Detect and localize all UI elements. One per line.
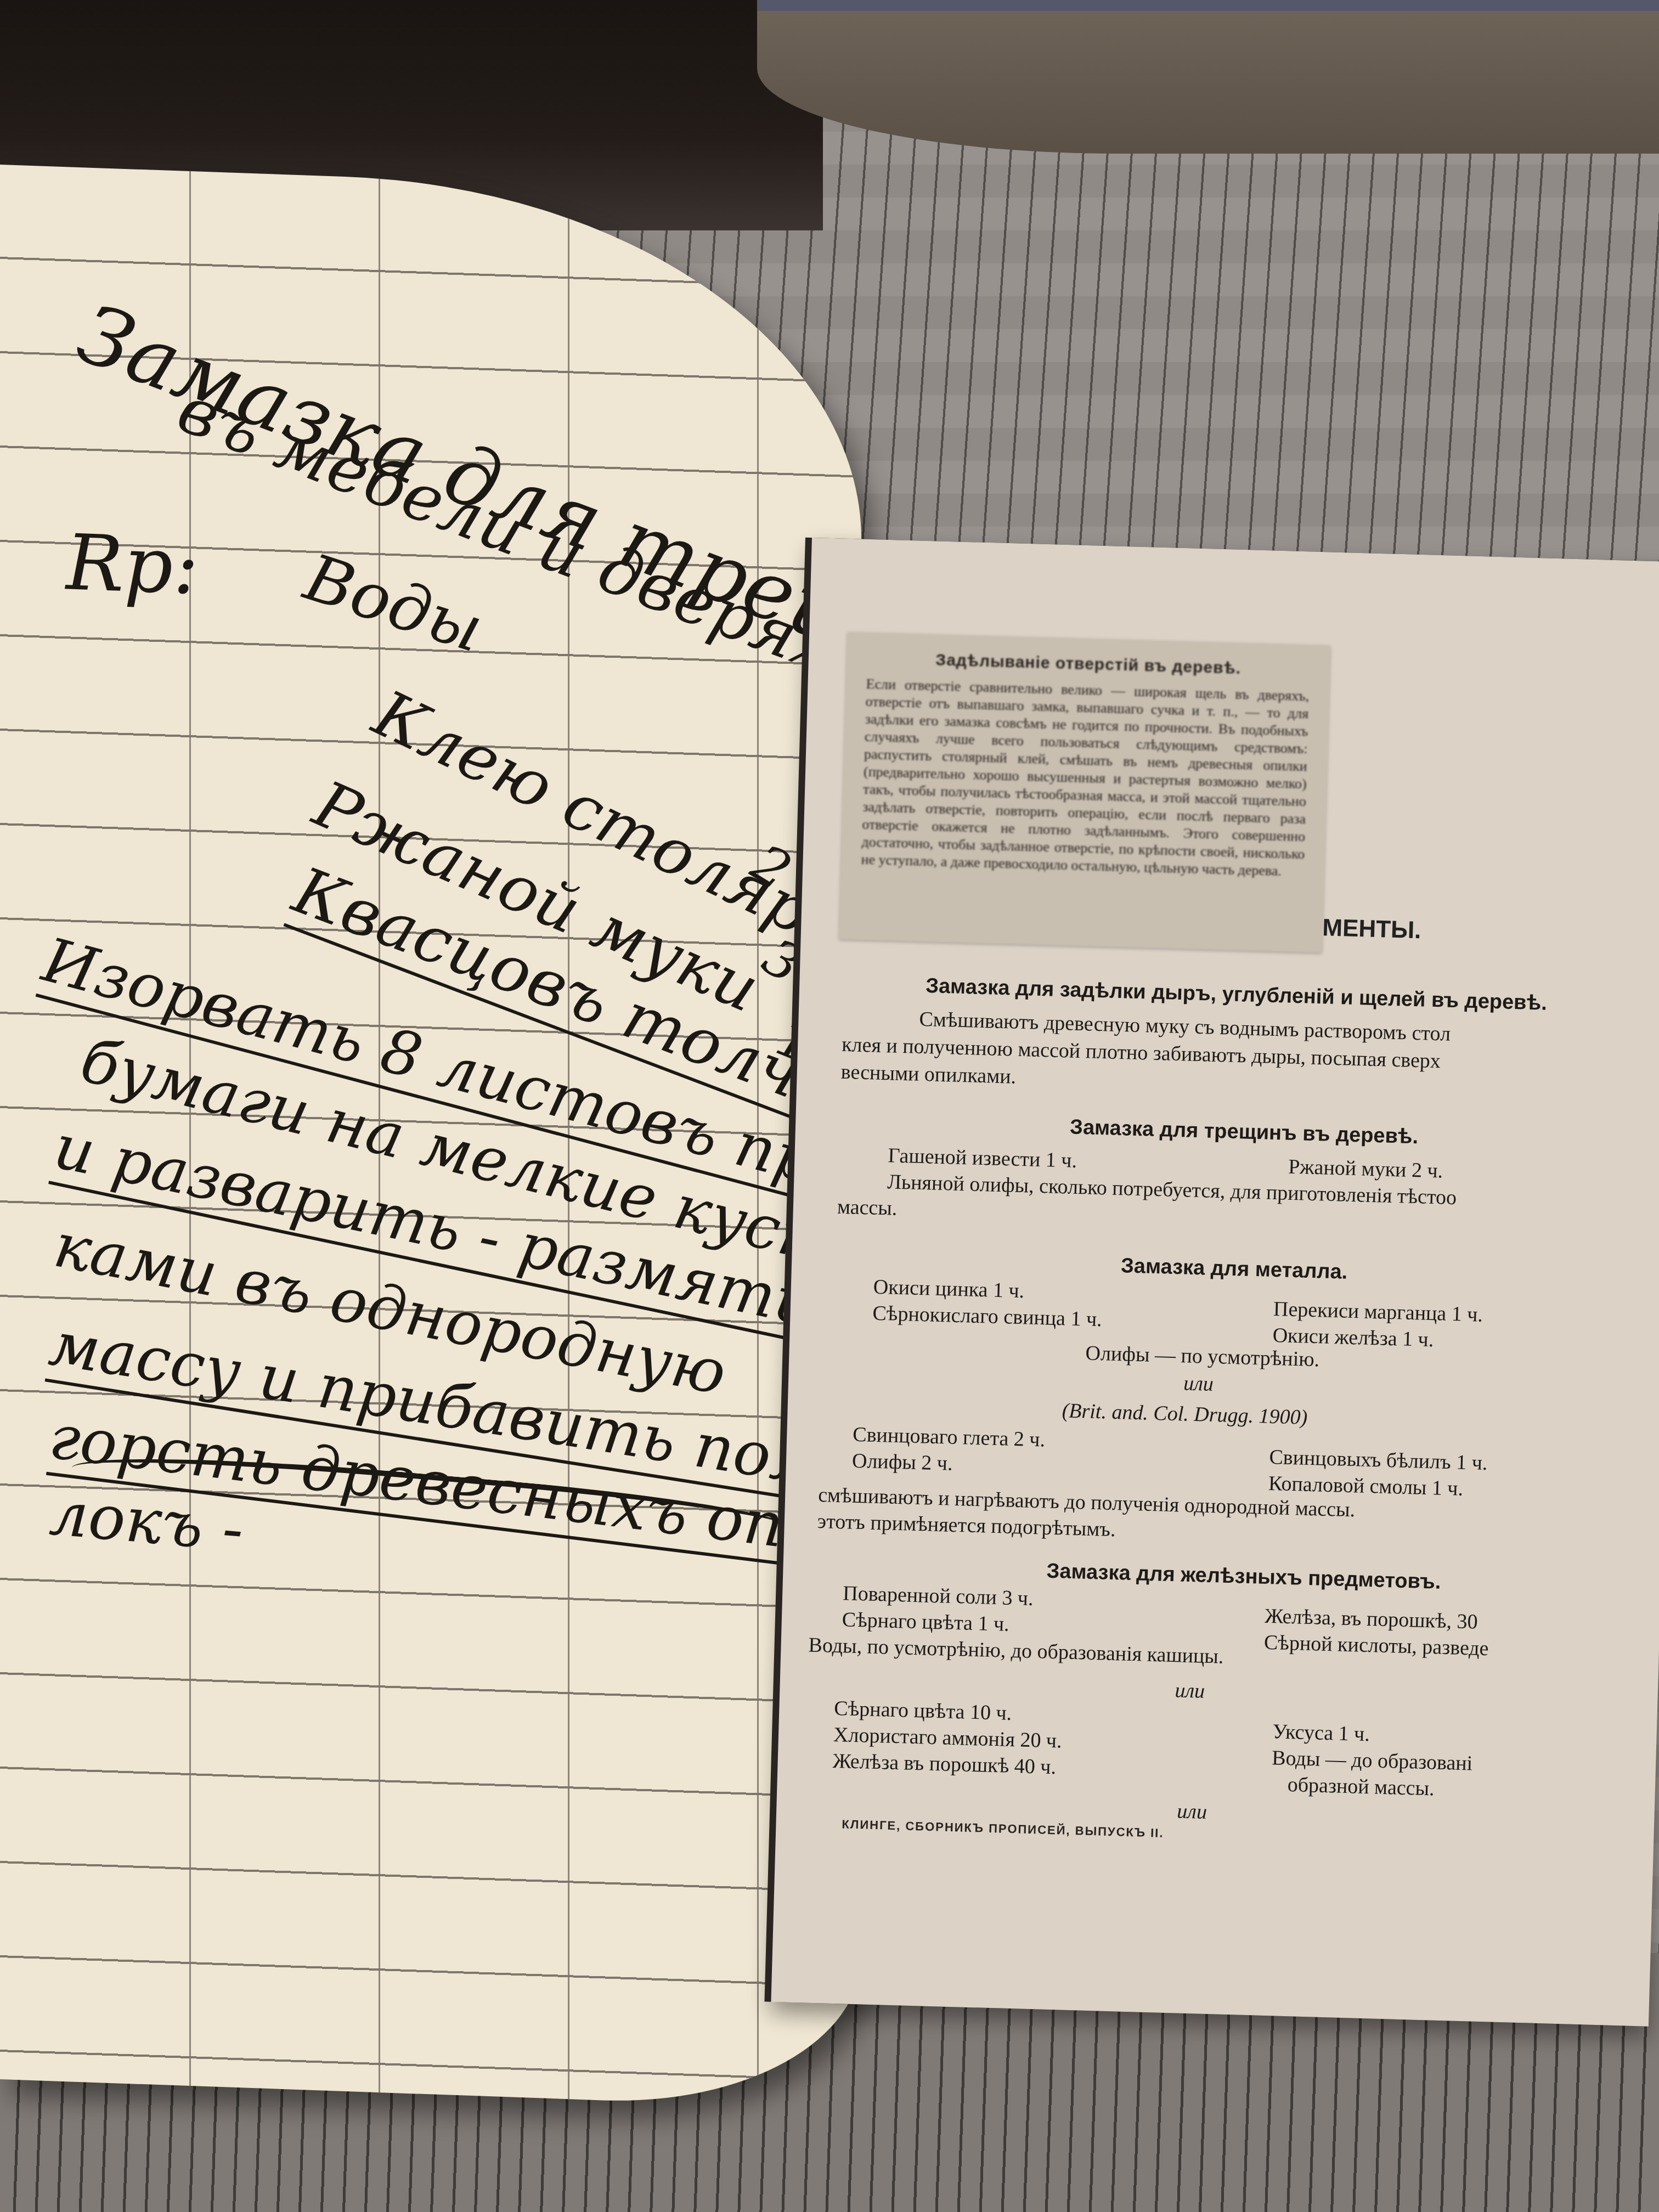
- kraft-paper: [757, 11, 1659, 154]
- newspaper-clipping: Задѣлываніе отверстій въ деревѣ. Если от…: [839, 632, 1330, 952]
- ingredient-left: Окиси цинка 1 ч.: [873, 1275, 1024, 1304]
- clipping-title: Задѣлываніе отверстій въ деревѣ.: [866, 649, 1310, 680]
- section-text: массы.: [837, 1195, 898, 1221]
- ingredient-left: Сѣрнокислаго свинца 1 ч.: [872, 1301, 1102, 1332]
- ingredient-right: Воды — до образовані: [1272, 1746, 1473, 1775]
- ingredient-left: Сѣрнаго цвѣта 1 ч.: [842, 1607, 1009, 1636]
- ingredient-right: Перекиси марганца 1 ч.: [1273, 1297, 1483, 1327]
- ingredient-left: Поваренной соли 3 ч.: [843, 1581, 1034, 1611]
- or-divider: или: [1177, 1799, 1207, 1824]
- rp-label: Rp:: [66, 518, 199, 612]
- section-heading: Замазка для задѣлки дыръ, углубленій и щ…: [926, 974, 1548, 1015]
- handwritten-page: Замазка для трещинъ въ мебели и дверяхъ …: [0, 165, 861, 2109]
- ingredient-right: образной массы.: [1287, 1773, 1435, 1801]
- partial-section-heading: МЕНТЫ.: [1322, 914, 1421, 944]
- section-heading: Замазка для металла.: [1121, 1254, 1348, 1284]
- or-divider: или: [1183, 1372, 1214, 1397]
- book-footer: КЛИНГЕ, СБОРНИКЪ ПРОПИСЕЙ, ВЫПУСКЪ II.: [842, 1817, 1164, 1840]
- ingredient-left: Свинцоваго глета 2 ч.: [853, 1423, 1046, 1452]
- ingredient-right: Ржаной муки 2 ч.: [1288, 1155, 1443, 1183]
- ingredient-right: Сѣрной кислоты, разведе: [1263, 1630, 1489, 1661]
- ingredient-left: Желѣза въ порошкѣ 40 ч.: [832, 1749, 1056, 1779]
- ingredient-right: Уксуса 1 ч.: [1272, 1719, 1370, 1746]
- section-heading: Замазка для трещинъ въ деревѣ.: [1070, 1116, 1419, 1149]
- printed-page: Задѣлываніе отверстій въ деревѣ. Если от…: [771, 538, 1659, 2027]
- ingredient-left: Олифы 2 ч.: [851, 1449, 953, 1476]
- ingredient-right: Свинцовыхъ бѣлилъ 1 ч.: [1269, 1445, 1488, 1475]
- or-divider: или: [1175, 1678, 1205, 1703]
- ingredient-left: Хлористаго аммонія 20 ч.: [833, 1723, 1062, 1753]
- source-citation: (Brit. and. Col. Drugg. 1900): [1062, 1398, 1308, 1429]
- ingredient-left: Сѣрнаго цвѣта 10 ч.: [834, 1696, 1012, 1725]
- section-text: Воды, по усмотрѣнію, до образованія каши…: [808, 1633, 1224, 1669]
- ingredient-left: Гашеной извести 1 ч.: [888, 1143, 1077, 1173]
- ingredient-right: Желѣза, въ порошкѣ, 30: [1265, 1604, 1478, 1634]
- section-heading: Замазка для желѣзныхъ предметовъ.: [1046, 1560, 1441, 1594]
- clipping-body: Если отверстіе сравнительно велико — шир…: [861, 675, 1310, 881]
- section-text: весными опилками.: [840, 1060, 1017, 1089]
